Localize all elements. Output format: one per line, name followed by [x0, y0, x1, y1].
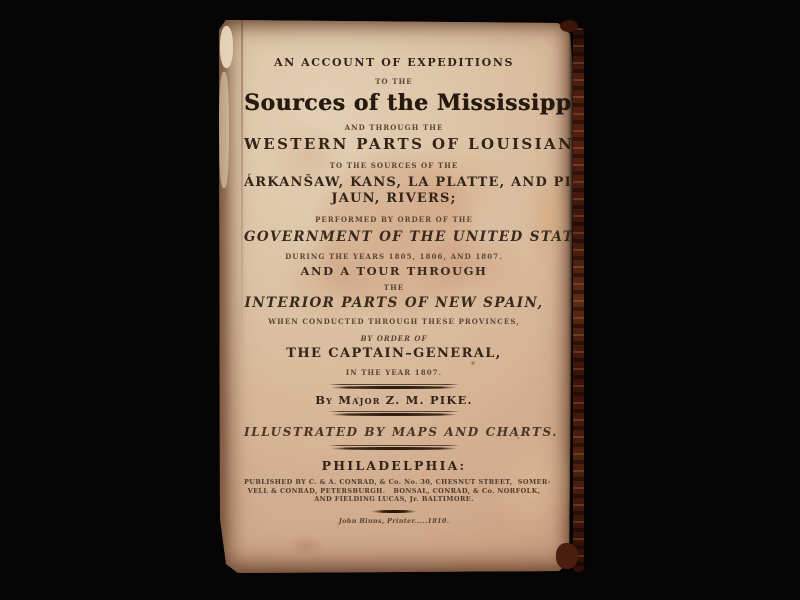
printer-line: John Binns, Printer.....1810.	[244, 517, 544, 525]
captain-general-line: THE CAPTAIN–GENERAL,	[244, 346, 544, 361]
page-crease	[241, 20, 243, 365]
deckle-edge	[219, 72, 229, 188]
publisher-line-3: AND FIELDING LUCAS, Jr. BALTIMORE.	[244, 495, 544, 504]
book-photograph: AN ACCOUNT OF EXPEDITIONS TO THE Sources…	[0, 0, 800, 600]
government-line: GOVERNMENT OF THE UNITED STATES .	[244, 229, 544, 245]
conducted-line: WHEN CONDUCTED THROUGH THESE PROVINCES,	[244, 317, 544, 326]
to-the-line: TO THE	[244, 77, 544, 86]
leather-corner-bottom	[556, 543, 578, 569]
illustrated-line: ILLUSTRATED BY MAPS AND CHARTS.	[244, 425, 544, 439]
rivers-line-1: ÁRKANS̆AW, KANS, LA PLATTE, AND PIERRE	[244, 175, 544, 190]
torn-page-edge	[220, 26, 233, 68]
publisher-line-1: PUBLISHED BY C. & A. CONRAD, & Co. No. 3…	[244, 478, 544, 487]
in-year-line: IN THE YEAR 1807.	[244, 368, 544, 377]
ornamental-rule-3	[328, 445, 460, 450]
main-title: Sources of the Mississippi,	[244, 90, 544, 116]
the-line: THE	[244, 283, 544, 292]
louisiana-line: WESTERN PARTS OF LOUISIANA,	[244, 135, 544, 153]
ornamental-rule-2	[328, 411, 460, 416]
by-order-line: BY ORDER OF	[244, 334, 544, 343]
book-title-page: AN ACCOUNT OF EXPEDITIONS TO THE Sources…	[218, 18, 576, 574]
to-sources-line: TO THE SOURCES OF THE	[244, 161, 544, 170]
years-line: DURING THE YEARS 1805, 1806, AND 1807.	[244, 252, 544, 261]
tour-line: AND A TOUR THROUGH	[244, 264, 544, 278]
publisher-line-2: VELL & CONRAD, PETERSBURGH. BONSAL, CONR…	[244, 487, 544, 496]
ornamental-rule-1	[328, 384, 460, 389]
city-line: PHILADELPHIA:	[244, 458, 544, 473]
leather-corner-top	[560, 20, 578, 32]
publisher-block: PUBLISHED BY C. & A. CONRAD, & Co. No. 3…	[244, 478, 544, 504]
half-title: AN ACCOUNT OF EXPEDITIONS	[244, 56, 544, 69]
title-text-column: AN ACCOUNT OF EXPEDITIONS TO THE Sources…	[244, 18, 544, 574]
new-spain-line: INTERIOR PARTS OF NEW SPAIN,	[244, 295, 544, 311]
rivers-line-2: JAUN, RIVERS;	[244, 191, 544, 206]
leather-board-edge	[573, 28, 584, 572]
author-line: By Major Z. M. PIKE.	[244, 393, 544, 407]
performed-line: PERFORMED BY ORDER OF THE	[244, 215, 544, 224]
ornamental-rule-short	[371, 510, 417, 513]
and-through-line: AND THROUGH THE	[244, 123, 544, 132]
